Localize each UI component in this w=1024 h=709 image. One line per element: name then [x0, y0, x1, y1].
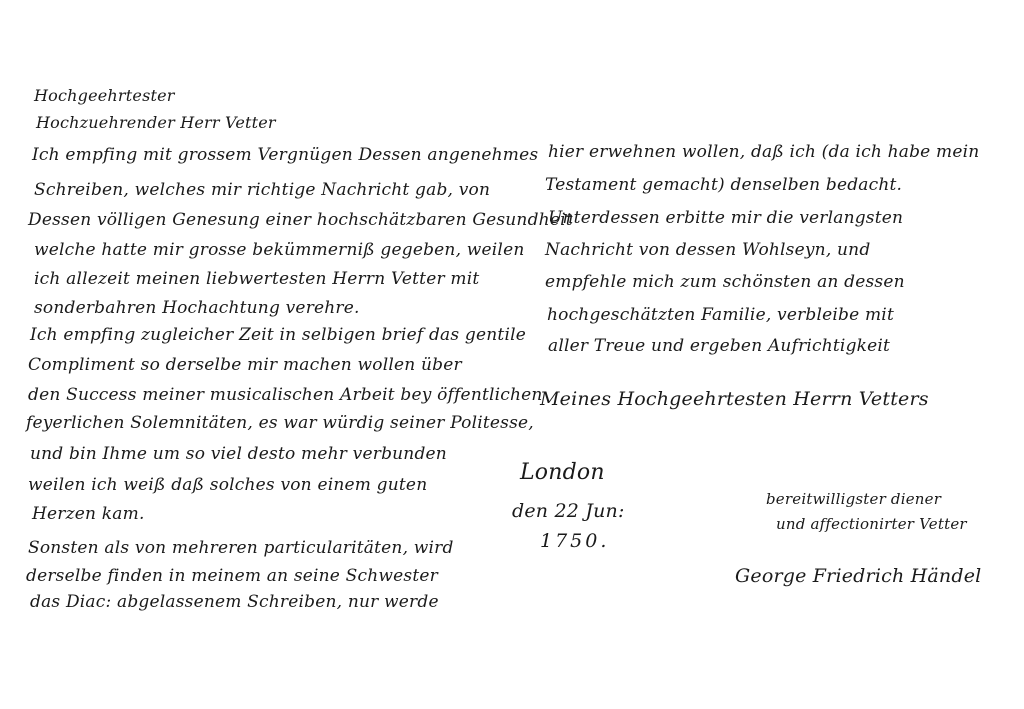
paragraph-2-line: weilen ich weiß daß solches von einem gu… — [28, 475, 427, 495]
continuation-line: empfehle mich zum schönsten an dessen — [545, 272, 905, 292]
continuation-line: Nachricht von dessen Wohlseyn, und — [545, 240, 870, 260]
continuation-line: hochgeschätzten Familie, verbleibe mit — [547, 305, 894, 325]
paragraph-1-line: Schreiben, welches mir richtige Nachrich… — [34, 180, 490, 200]
signature: George Friedrich Händel — [735, 565, 981, 587]
paragraph-3-line: Sonsten als von mehreren particularitäte… — [28, 538, 454, 558]
paragraph-1-line: ich allezeit meinen liebwertesten Herrn … — [34, 269, 479, 289]
continuation-line: Unterdessen erbitte mir die verlangsten — [548, 208, 903, 228]
paragraph-2-line: Ich empfing zugleicher Zeit in selbigen … — [30, 325, 526, 345]
paragraph-2-line: feyerlichen Solemnitäten, es war würdig … — [26, 413, 534, 433]
salutation-line-1: Hochgeehrtester — [34, 86, 175, 105]
closing-line: Meines Hochgeehrtesten Herrn Vetters — [540, 388, 929, 410]
continuation-line: hier erwehnen wollen, daß ich (da ich ha… — [548, 142, 979, 162]
paragraph-2-line: Herzen kam. — [32, 504, 145, 524]
paragraph-1-line: welche hatte mir grosse bekümmerniß gege… — [34, 240, 524, 260]
paragraph-2-line: und bin Ihme um so viel desto mehr verbu… — [30, 444, 447, 464]
letter-page: Hochgeehrtester Hochzuehrender Herr Vett… — [0, 0, 1024, 709]
continuation-line: aller Treue und ergeben Aufrichtigkeit — [548, 336, 890, 356]
paragraph-3-line: das Diac: abgelassenem Schreiben, nur we… — [30, 592, 439, 612]
paragraph-1-line: sonderbahren Hochachtung verehre. — [34, 298, 360, 318]
place-line: London — [520, 460, 605, 485]
paragraph-3-line: derselbe finden in meinem an seine Schwe… — [26, 566, 438, 586]
salutation-line-2: Hochzuehrender Herr Vetter — [36, 113, 276, 132]
paragraph-2-line: Compliment so derselbe mir machen wollen… — [28, 355, 462, 375]
year-line: 1750. — [540, 530, 609, 552]
valediction-line-1: bereitwilligster diener — [766, 490, 941, 508]
date-line: den 22 Jun: — [512, 500, 625, 522]
paragraph-1-line: Ich empfing mit grossem Vergnügen Dessen… — [32, 145, 538, 165]
paragraph-1-line: Dessen völligen Genesung einer hochschät… — [28, 210, 573, 230]
valediction-line-2: und affectionirter Vetter — [776, 515, 967, 533]
continuation-line: Testament gemacht) denselben bedacht. — [545, 175, 902, 195]
paragraph-2-line: den Success meiner musicalischen Arbeit … — [28, 385, 543, 405]
